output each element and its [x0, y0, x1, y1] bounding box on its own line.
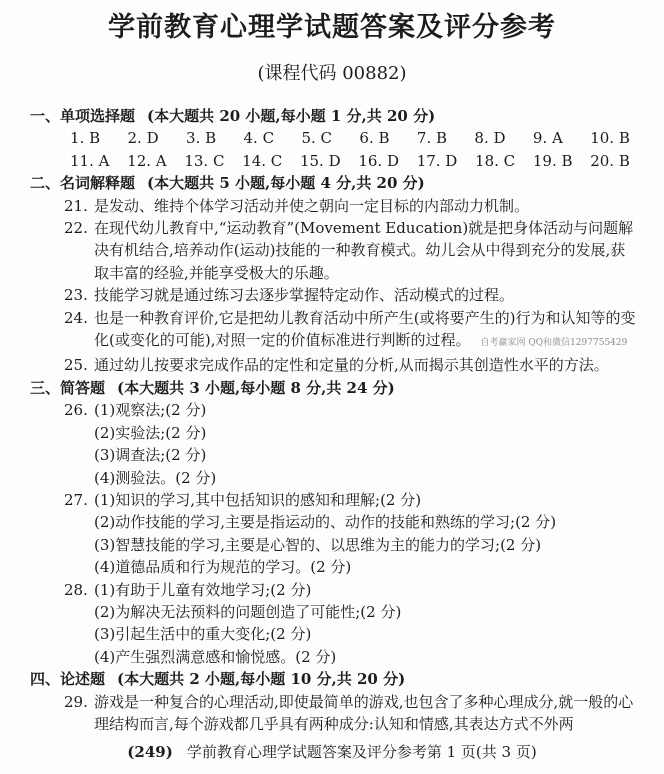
section-heading-short-answer-title: 三、简答题 — [30, 379, 105, 397]
question-text: (1)观察法;(2 分) (2)实验法;(2 分) (3)调查法;(2 分) (… — [94, 399, 640, 489]
question-number: 29. — [64, 691, 94, 713]
mcq-answer: 12. A — [127, 150, 166, 172]
mcq-answer: 5. C — [301, 127, 332, 149]
answer-line: (4)道德品质和行为规范的学习。(2 分) — [94, 556, 640, 578]
section-heading-short-answer-note: (本大题共 3 小题,每小题 8 分,共 24 分) — [117, 379, 395, 397]
mcq-answer: 13. C — [184, 150, 224, 172]
mcq-answer: 15. D — [300, 150, 341, 172]
page-title: 学前教育心理学试题答案及评分参考 — [0, 12, 664, 44]
section-heading-mcq-note: (本大题共 20 小题,每小题 1 分,共 20 分) — [147, 107, 435, 125]
question-number: 23. — [64, 284, 94, 306]
section-heading-terms-title: 二、名词解释题 — [30, 174, 135, 192]
question-number: 22. — [64, 217, 94, 239]
answer-line: (3)调查法;(2 分) — [94, 444, 640, 466]
question-number: 21. — [64, 195, 94, 217]
mcq-answer: 6. B — [359, 127, 389, 149]
question-item-27: 27. (1)知识的学习,其中包括知识的感知和理解;(2 分) (2)动作技能的… — [30, 489, 640, 579]
answer-line: (4)产生强烈满意感和愉悦感。(2 分) — [94, 646, 640, 668]
answer-line: (2)为解决无法预料的问题创造了可能性;(2 分) — [94, 601, 640, 623]
watermark-text: 自考赢家网 QQ和微信1297755429 — [480, 338, 627, 348]
mcq-answer: 7. B — [417, 127, 447, 149]
mcq-answer: 19. B — [533, 150, 573, 172]
question-text: 也是一种教育评价,它是把幼儿教育活动中所产生(或将要产生的)行为和认知等的变化(… — [94, 307, 640, 355]
question-item-25: 25. 通过幼儿按要求完成作品的定性和定量的分析,从而揭示其创造性水平的方法。 — [30, 354, 640, 376]
page-footer-code: (249) — [127, 743, 173, 761]
mcq-answer: 11. A — [70, 150, 109, 172]
question-number: 24. — [64, 307, 94, 329]
question-item-26: 26. (1)观察法;(2 分) (2)实验法;(2 分) (3)调查法;(2 … — [30, 399, 640, 489]
mcq-answer: 14. C — [242, 150, 282, 172]
section-heading-terms: 二、名词解释题(本大题共 5 小题,每小题 4 分,共 20 分) — [30, 172, 640, 194]
mcq-answer: 20. B — [590, 150, 630, 172]
page-footer: (249)学前教育心理学试题答案及评分参考第 1 页(共 3 页) — [0, 742, 664, 762]
mcq-answer: 9. A — [533, 127, 563, 149]
mcq-answer: 18. C — [475, 150, 515, 172]
question-item-29: 29. 游戏是一种复合的心理活动,即使最简单的游戏,也包含了多种心理成分,就一般… — [30, 691, 640, 736]
question-number: 25. — [64, 354, 94, 376]
answer-line: (1)有助于儿童有效地学习;(2 分) — [94, 579, 640, 601]
mcq-answer: 8. D — [474, 127, 505, 149]
section-heading-essay: 四、论述题(本大题共 2 小题,每小题 10 分,共 20 分) — [30, 668, 640, 690]
question-item-22: 22. 在现代幼儿教育中,“运动教育”(Movement Education)就… — [30, 217, 640, 284]
question-number: 28. — [64, 579, 94, 601]
question-item-23: 23. 技能学习就是通过练习去逐步掌握特定动作、活动模式的过程。 — [30, 284, 640, 306]
mcq-answer: 4. C — [244, 127, 275, 149]
mcq-answer: 16. D — [358, 150, 399, 172]
section-heading-mcq-title: 一、单项选择题 — [30, 107, 135, 125]
question-text: 是发动、维持个体学习活动并使之朝向一定目标的内部动力机制。 — [94, 195, 640, 217]
question-text: 游戏是一种复合的心理活动,即使最简单的游戏,也包含了多种心理成分,就一般的心理结… — [94, 691, 640, 736]
answer-line: (1)知识的学习,其中包括知识的感知和理解;(2 分) — [94, 489, 640, 511]
document-body: 一、单项选择题(本大题共 20 小题,每小题 1 分,共 20 分) 1. B … — [0, 105, 664, 735]
mcq-answer: 17. D — [417, 150, 458, 172]
course-code: (课程代码 00882) — [0, 62, 664, 86]
question-number: 26. — [64, 399, 94, 421]
section-heading-short-answer: 三、简答题(本大题共 3 小题,每小题 8 分,共 24 分) — [30, 377, 640, 399]
mcq-answer: 1. B — [70, 127, 100, 149]
answer-line: (2)动作技能的学习,主要是指运动的、动作的技能和熟练的学习;(2 分) — [94, 511, 640, 533]
question-text: (1)知识的学习,其中包括知识的感知和理解;(2 分) (2)动作技能的学习,主… — [94, 489, 640, 579]
question-text: 技能学习就是通过练习去逐步掌握特定动作、活动模式的过程。 — [94, 284, 640, 306]
page-footer-text: 学前教育心理学试题答案及评分参考第 1 页(共 3 页) — [187, 743, 537, 761]
answer-line: (3)引起生活中的重大变化;(2 分) — [94, 623, 640, 645]
mcq-answer: 3. B — [186, 127, 216, 149]
section-heading-terms-note: (本大题共 5 小题,每小题 4 分,共 20 分) — [147, 174, 425, 192]
question-number: 27. — [64, 489, 94, 511]
answer-line: (4)测验法。(2 分) — [94, 467, 640, 489]
question-item-28: 28. (1)有助于儿童有效地学习;(2 分) (2)为解决无法预料的问题创造了… — [30, 579, 640, 669]
mcq-answers-row-2: 11. A 12. A 13. C 14. C 15. D 16. D 17. … — [30, 150, 640, 172]
mcq-answers-row-1: 1. B 2. D 3. B 4. C 5. C 6. B 7. B 8. D … — [30, 127, 640, 149]
mcq-answer: 2. D — [128, 127, 159, 149]
question-item-21: 21. 是发动、维持个体学习活动并使之朝向一定目标的内部动力机制。 — [30, 195, 640, 217]
question-text: 通过幼儿按要求完成作品的定性和定量的分析,从而揭示其创造性水平的方法。 — [94, 354, 640, 376]
section-heading-essay-title: 四、论述题 — [30, 670, 105, 688]
answer-line: (3)智慧技能的学习,主要是心智的、以思维为主的能力的学习;(2 分) — [94, 534, 640, 556]
mcq-answer: 10. B — [590, 127, 630, 149]
question-item-24: 24. 也是一种教育评价,它是把幼儿教育活动中所产生(或将要产生的)行为和认知等… — [30, 307, 640, 355]
section-heading-mcq: 一、单项选择题(本大题共 20 小题,每小题 1 分,共 20 分) — [30, 105, 640, 127]
document-page: 学前教育心理学试题答案及评分参考 (课程代码 00882) 一、单项选择题(本大… — [0, 0, 664, 774]
section-heading-essay-note: (本大题共 2 小题,每小题 10 分,共 20 分) — [117, 670, 405, 688]
question-text: 在现代幼儿教育中,“运动教育”(Movement Education)就是把身体… — [94, 217, 640, 284]
answer-line: (2)实验法;(2 分) — [94, 422, 640, 444]
question-text: (1)有助于儿童有效地学习;(2 分) (2)为解决无法预料的问题创造了可能性;… — [94, 579, 640, 669]
answer-line: (1)观察法;(2 分) — [94, 399, 640, 421]
